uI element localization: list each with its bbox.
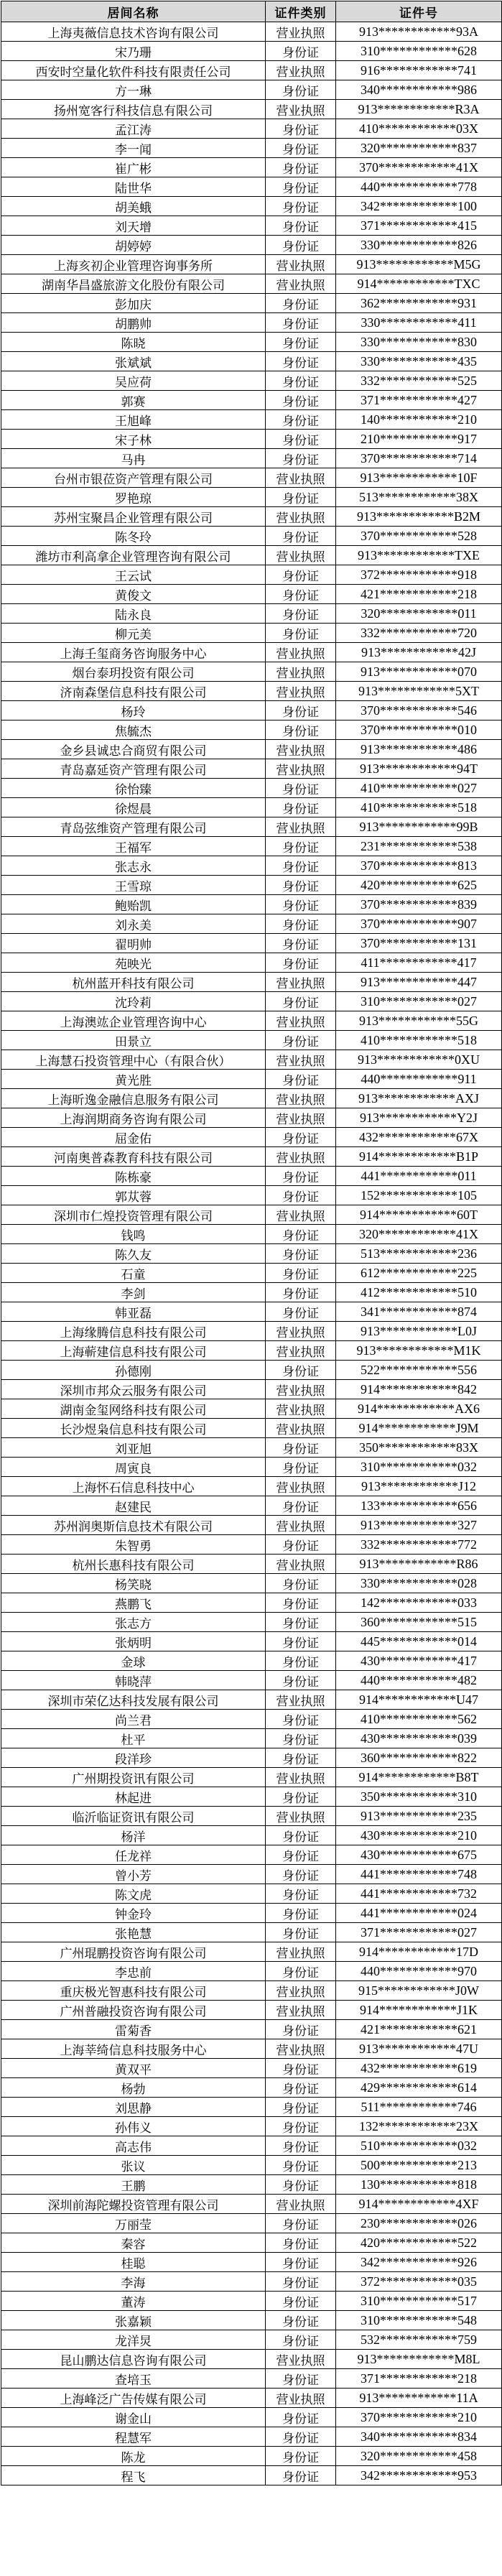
- table-row: 张议身份证500************213: [1, 2156, 502, 2175]
- certificate-number-cell: 913************486: [336, 740, 502, 759]
- intermediary-name-cell: 雷菊香: [1, 2020, 266, 2039]
- intermediary-name-cell: 田景立: [1, 1031, 266, 1050]
- certificate-number-cell: 370************010: [336, 721, 502, 740]
- certificate-type-cell: 营业执照: [266, 274, 336, 294]
- certificate-type-cell: 身份证: [266, 2272, 336, 2292]
- certificate-number-cell: 913************47U: [336, 2039, 502, 2059]
- intermediary-name-cell: 湖南金玺网络科技有限公司: [1, 1399, 266, 1419]
- certificate-number-cell: 913************R3A: [336, 100, 502, 119]
- table-row: 胡婷婷身份证330************826: [1, 236, 502, 255]
- table-row: 杨勃身份证429************614: [1, 2078, 502, 2098]
- certificate-type-cell: 身份证: [266, 2136, 336, 2156]
- table-row: 青岛嘉延资产管理有限公司营业执照913************94T: [1, 759, 502, 779]
- table-header: 居间名称 证件类别 证件号: [1, 1, 502, 22]
- certificate-type-cell: 身份证: [266, 1361, 336, 1380]
- intermediary-name-cell: 深圳市仁煌投资管理有限公司: [1, 1205, 266, 1225]
- intermediary-name-cell: 方一琳: [1, 80, 266, 100]
- intermediary-name-cell: 郭苁蓉: [1, 1186, 266, 1205]
- intermediary-name-cell: 石童: [1, 1264, 266, 1283]
- certificate-type-cell: 身份证: [266, 1496, 336, 1516]
- certificate-number-cell: 330************411: [336, 313, 502, 333]
- table-row: 上海慧石投资管理中心（有限合伙）营业执照913************0XU: [1, 1050, 502, 1070]
- table-row: 王旭峰身份证140************210: [1, 410, 502, 430]
- certificate-type-cell: 身份证: [266, 371, 336, 391]
- certificate-type-cell: 身份证: [266, 1167, 336, 1186]
- intermediary-name-cell: 张志永: [1, 856, 266, 876]
- certificate-type-cell: 身份证: [266, 2427, 336, 2447]
- table-row: 柳元美身份证332************720: [1, 624, 502, 643]
- table-row: 张炳明身份证445************014: [1, 1632, 502, 1651]
- certificate-type-cell: 营业执照: [266, 2195, 336, 2214]
- certificate-number-cell: 914************TXC: [336, 274, 502, 294]
- intermediary-name-cell: 黄光胜: [1, 1070, 266, 1089]
- table-row: 陈文虎身份证441************732: [1, 1884, 502, 1904]
- certificate-type-cell: 身份证: [266, 1225, 336, 1244]
- table-row: 重庆极光智惠科技有限公司营业执照915************J0W: [1, 1981, 502, 2001]
- certificate-number-cell: 913************327: [336, 1516, 502, 1535]
- intermediary-name-cell: 胡美蛾: [1, 197, 266, 216]
- certificate-type-cell: 身份证: [266, 391, 336, 410]
- intermediary-name-cell: 张嘉颖: [1, 2311, 266, 2330]
- certificate-number-cell: 320************41X: [336, 1225, 502, 1244]
- intermediary-name-cell: 程飞: [1, 2466, 266, 2485]
- certificate-number-cell: 412************510: [336, 1283, 502, 1302]
- certificate-number-cell: 432************67X: [336, 1128, 502, 1147]
- intermediary-name-cell: 徐煜晨: [1, 798, 266, 817]
- certificate-type-cell: 身份证: [266, 1458, 336, 1477]
- intermediary-name-cell: 焦毓杰: [1, 721, 266, 740]
- table-row: 陈栋豪身份证441************011: [1, 1167, 502, 1186]
- table-row: 崔广彬身份证370************41X: [1, 158, 502, 177]
- certificate-number-cell: 370************131: [336, 934, 502, 953]
- certificate-type-cell: 营业执照: [266, 1205, 336, 1225]
- certificate-type-cell: 身份证: [266, 1535, 336, 1555]
- credentials-table: 居间名称 证件类别 证件号 上海夷薇信息技术咨询有限公司营业执照913*****…: [1, 1, 502, 2485]
- certificate-number-cell: 370************528: [336, 527, 502, 546]
- intermediary-name-cell: 宋子林: [1, 430, 266, 449]
- intermediary-name-cell: 王福军: [1, 837, 266, 856]
- certificate-number-cell: 410************562: [336, 1710, 502, 1729]
- certificate-number-cell: 913************M1K: [336, 1341, 502, 1361]
- certificate-type-cell: 身份证: [266, 565, 336, 585]
- table-row: 钱鸣身份证320************41X: [1, 1225, 502, 1244]
- table-row: 苏州宝聚昌企业管理有限公司营业执照913************B2M: [1, 507, 502, 527]
- intermediary-name-cell: 重庆极光智惠科技有限公司: [1, 1981, 266, 2001]
- table-row: 黄光胜身份证440************911: [1, 1070, 502, 1089]
- table-row: 上海润期商务咨询有限公司营业执照913************Y2J: [1, 1108, 502, 1128]
- certificate-type-cell: 身份证: [266, 604, 336, 624]
- table-row: 台州市银莅资产管理有限公司营业执照913************10F: [1, 468, 502, 488]
- certificate-type-cell: 身份证: [266, 177, 336, 197]
- intermediary-name-cell: 赵建民: [1, 1496, 266, 1516]
- certificate-type-cell: 身份证: [266, 1574, 336, 1593]
- table-row: 宋乃珊身份证310************628: [1, 42, 502, 61]
- intermediary-name-cell: 上海蕲建信息科技有限公司: [1, 1341, 266, 1361]
- intermediary-name-cell: 上海亥初企业管理咨询事务所: [1, 255, 266, 274]
- certificate-type-cell: 身份证: [266, 992, 336, 1011]
- certificate-number-cell: 420************522: [336, 2233, 502, 2253]
- table-row: 王雪琼身份证420************625: [1, 876, 502, 895]
- intermediary-name-cell: 上海夷薇信息技术咨询有限公司: [1, 22, 266, 42]
- intermediary-name-cell: 杨笑晓: [1, 1574, 266, 1593]
- certificate-number-cell: 410************518: [336, 798, 502, 817]
- certificate-number-cell: 440************970: [336, 1962, 502, 1981]
- intermediary-name-cell: 郭赛: [1, 391, 266, 410]
- certificate-number-cell: 330************435: [336, 352, 502, 371]
- certificate-type-cell: 身份证: [266, 2311, 336, 2330]
- certificate-type-cell: 身份证: [266, 914, 336, 934]
- certificate-number-cell: 511************746: [336, 2098, 502, 2117]
- intermediary-name-cell: 刘天增: [1, 216, 266, 236]
- table-row: 程飞身份证342************953: [1, 2466, 502, 2485]
- certificate-number-cell: 330************830: [336, 333, 502, 352]
- intermediary-name-cell: 屈金佑: [1, 1128, 266, 1147]
- certificate-number-cell: 440************778: [336, 177, 502, 197]
- certificate-type-cell: 营业执照: [266, 507, 336, 527]
- table-row: 扬州宽客行科技信息有限公司营业执照913************R3A: [1, 100, 502, 119]
- certificate-number-cell: 445************014: [336, 1632, 502, 1651]
- certificate-number-cell: 440************482: [336, 1671, 502, 1690]
- intermediary-name-cell: 潍坊市利高拿企业管理咨询有限公司: [1, 546, 266, 565]
- certificate-number-cell: 320************458: [336, 2447, 502, 2466]
- certificate-number-cell: 513************236: [336, 1244, 502, 1264]
- table-row: 郭赛身份证371************427: [1, 391, 502, 410]
- certificate-type-cell: 身份证: [266, 1904, 336, 1923]
- intermediary-name-cell: 上海慧石投资管理中心（有限合伙）: [1, 1050, 266, 1070]
- certificate-number-cell: 133************656: [336, 1496, 502, 1516]
- certificate-type-cell: 身份证: [266, 2059, 336, 2078]
- certificate-number-cell: 350************83X: [336, 1438, 502, 1458]
- intermediary-name-cell: 杨洋: [1, 1826, 266, 1845]
- certificate-number-cell: 370************210: [336, 2408, 502, 2427]
- table-row: 田景立身份证410************518: [1, 1031, 502, 1050]
- table-row: 燕鹏飞身份证142************033: [1, 1593, 502, 1613]
- intermediary-name-cell: 韩亚磊: [1, 1302, 266, 1322]
- certificate-number-cell: 914************J9M: [336, 1419, 502, 1438]
- certificate-number-cell: 140************210: [336, 410, 502, 430]
- table-row: 湖南金玺网络科技有限公司营业执照914************AX6: [1, 1399, 502, 1419]
- table-row: 雷菊香身份证421************621: [1, 2020, 502, 2039]
- certificate-type-cell: 营业执照: [266, 759, 336, 779]
- certificate-number-cell: 340************834: [336, 2427, 502, 2447]
- table-row: 陈久友身份证513************236: [1, 1244, 502, 1264]
- intermediary-name-cell: 钟金玲: [1, 1904, 266, 1923]
- certificate-number-cell: 441************748: [336, 1865, 502, 1884]
- certificate-number-cell: 310************517: [336, 2292, 502, 2311]
- certificate-type-cell: 身份证: [266, 2175, 336, 2195]
- table-row: 秦容身份证420************522: [1, 2233, 502, 2253]
- intermediary-name-cell: 王鹏: [1, 2175, 266, 2195]
- table-row: 深圳市仁煌投资管理有限公司营业执照914************60T: [1, 1205, 502, 1225]
- certificate-type-cell: 营业执照: [266, 22, 336, 42]
- intermediary-name-cell: 胡婷婷: [1, 236, 266, 255]
- table-row: 深圳市荣亿达科技发展有限公司营业执照914************U47: [1, 1690, 502, 1710]
- certificate-number-cell: 913************B2M: [336, 507, 502, 527]
- certificate-number-cell: 913************93A: [336, 22, 502, 42]
- certificate-number-cell: 210************917: [336, 430, 502, 449]
- certificate-number-cell: 371************427: [336, 391, 502, 410]
- intermediary-name-cell: 上海怀石信息科技中心: [1, 1477, 266, 1496]
- intermediary-name-cell: 罗艳琼: [1, 488, 266, 507]
- certificate-number-cell: 421************621: [336, 2020, 502, 2039]
- certificate-type-cell: 身份证: [266, 1826, 336, 1845]
- table-row: 张斌斌身份证330************435: [1, 352, 502, 371]
- certificate-number-cell: 500************213: [336, 2156, 502, 2175]
- certificate-type-cell: 身份证: [266, 1128, 336, 1147]
- certificate-number-cell: 342************953: [336, 2466, 502, 2485]
- intermediary-name-cell: 河南奥普森教育科技有限公司: [1, 1147, 266, 1167]
- intermediary-name-cell: 燕鹏飞: [1, 1593, 266, 1613]
- intermediary-name-cell: 周寅良: [1, 1458, 266, 1477]
- intermediary-name-cell: 陈栋豪: [1, 1167, 266, 1186]
- certificate-type-cell: 营业执照: [266, 100, 336, 119]
- table-row: 黄俊文身份证421************218: [1, 585, 502, 604]
- table-row: 周寅良身份证310************032: [1, 1458, 502, 1477]
- intermediary-name-cell: 李忠前: [1, 1962, 266, 1981]
- certificate-type-cell: 身份证: [266, 430, 336, 449]
- table-row: 杨洋身份证430************210: [1, 1826, 502, 1845]
- intermediary-name-cell: 湖南华昌盛旅游文化股份有限公司: [1, 274, 266, 294]
- intermediary-name-cell: 杜平: [1, 1729, 266, 1748]
- certificate-number-cell: 370************714: [336, 449, 502, 468]
- table-row: 金球身份证430************417: [1, 1651, 502, 1671]
- certificate-type-cell: 身份证: [266, 1244, 336, 1264]
- certificate-number-cell: 341************874: [336, 1302, 502, 1322]
- certificate-number-cell: 913************94T: [336, 759, 502, 779]
- certificate-type-cell: 身份证: [266, 216, 336, 236]
- intermediary-name-cell: 张艳慧: [1, 1923, 266, 1942]
- certificate-type-cell: 身份证: [266, 1729, 336, 1748]
- intermediary-name-cell: 苑映光: [1, 953, 266, 973]
- intermediary-name-cell: 王雪琼: [1, 876, 266, 895]
- table-row: 高志伟身份证510************032: [1, 2136, 502, 2156]
- intermediary-name-cell: 陈龙: [1, 2447, 266, 2466]
- certificate-number-cell: 410************518: [336, 1031, 502, 1050]
- intermediary-name-cell: 烟台泰玥投资有限公司: [1, 662, 266, 682]
- certificate-type-cell: 营业执照: [266, 2389, 336, 2408]
- certificate-type-cell: 身份证: [266, 333, 336, 352]
- certificate-number-cell: 913************447: [336, 973, 502, 992]
- certificate-number-cell: 914************AX6: [336, 1399, 502, 1419]
- intermediary-name-cell: 孙伟义: [1, 2117, 266, 2136]
- intermediary-name-cell: 杭州长惠科技有限公司: [1, 1555, 266, 1574]
- certificate-number-cell: 371************027: [336, 1923, 502, 1942]
- certificate-number-cell: 913************55G: [336, 1011, 502, 1031]
- intermediary-name-cell: 陈文虎: [1, 1884, 266, 1904]
- intermediary-name-cell: 陆永良: [1, 604, 266, 624]
- certificate-type-cell: 身份证: [266, 721, 336, 740]
- certificate-type-cell: 营业执照: [266, 682, 336, 701]
- certificate-number-cell: 332************772: [336, 1535, 502, 1555]
- intermediary-name-cell: 陈久友: [1, 1244, 266, 1264]
- intermediary-name-cell: 董涛: [1, 2292, 266, 2311]
- table-row: 张志方身份证360************515: [1, 1613, 502, 1632]
- certificate-type-cell: 营业执照: [266, 255, 336, 274]
- table-row: 上海莘绮信息科技服务中心营业执照913************47U: [1, 2039, 502, 2059]
- table-row: 杜平身份证430************039: [1, 1729, 502, 1748]
- certificate-type-cell: 身份证: [266, 876, 336, 895]
- certificate-type-cell: 身份证: [266, 1671, 336, 1690]
- intermediary-name-cell: 临沂临证资讯有限公司: [1, 1807, 266, 1826]
- intermediary-name-cell: 韩晓萍: [1, 1671, 266, 1690]
- table-row: 王福军身份证231************538: [1, 837, 502, 856]
- intermediary-name-cell: 宋乃珊: [1, 42, 266, 61]
- table-row: 孙德刚身份证522************556: [1, 1361, 502, 1380]
- intermediary-name-cell: 王旭峰: [1, 410, 266, 430]
- certificate-number-cell: 914************B1P: [336, 1147, 502, 1167]
- certificate-type-cell: 身份证: [266, 2156, 336, 2175]
- table-row: 彭加庆身份证362************931: [1, 294, 502, 313]
- certificate-number-cell: 320************837: [336, 139, 502, 158]
- certificate-type-cell: 营业执照: [266, 1341, 336, 1361]
- certificate-type-cell: 身份证: [266, 701, 336, 721]
- table-row: 广州琨鹏投资咨询有限公司营业执照914************17D: [1, 1942, 502, 1962]
- certificate-type-cell: 身份证: [266, 527, 336, 546]
- certificate-number-cell: 612************225: [336, 1264, 502, 1283]
- table-row: 烟台泰玥投资有限公司营业执照913************070: [1, 662, 502, 682]
- certificate-type-cell: 身份证: [266, 837, 336, 856]
- certificate-type-cell: 身份证: [266, 779, 336, 798]
- table-row: 王云试身份证372************918: [1, 565, 502, 585]
- table-row: 杨玲身份证370************546: [1, 701, 502, 721]
- intermediary-name-cell: 孟江涛: [1, 119, 266, 139]
- table-row: 石童身份证612************225: [1, 1264, 502, 1283]
- intermediary-name-cell: 深圳前海陀螺投资管理有限公司: [1, 2195, 266, 2214]
- certificate-number-cell: 330************826: [336, 236, 502, 255]
- table-row: 青岛弦维资产管理有限公司营业执照913************99B: [1, 817, 502, 837]
- certificate-type-cell: 身份证: [266, 236, 336, 255]
- certificate-number-cell: 362************931: [336, 294, 502, 313]
- table-row: 徐怡臻身份证410************027: [1, 779, 502, 798]
- certificate-type-cell: 身份证: [266, 2078, 336, 2098]
- certificate-number-cell: 441************024: [336, 1904, 502, 1923]
- certificate-type-cell: 身份证: [266, 1070, 336, 1089]
- certificate-number-cell: 510************032: [336, 2136, 502, 2156]
- certificate-type-cell: 身份证: [266, 1651, 336, 1671]
- certificate-number-cell: 914************B8T: [336, 1768, 502, 1787]
- intermediary-name-cell: 上海润期商务咨询有限公司: [1, 1108, 266, 1128]
- table-row: 罗艳琼身份证513************38X: [1, 488, 502, 507]
- intermediary-name-cell: 胡鹏帅: [1, 313, 266, 333]
- certificate-type-cell: 身份证: [266, 1923, 336, 1942]
- intermediary-name-cell: 张斌斌: [1, 352, 266, 371]
- header-certificate-type: 证件类别: [266, 1, 336, 22]
- certificate-number-cell: 430************675: [336, 1845, 502, 1865]
- intermediary-name-cell: 李剑: [1, 1283, 266, 1302]
- certificate-number-cell: 432************619: [336, 2059, 502, 2078]
- certificate-number-cell: 310************548: [336, 2311, 502, 2330]
- certificate-number-cell: 320************011: [336, 604, 502, 624]
- intermediary-name-cell: 朱智勇: [1, 1535, 266, 1555]
- certificate-type-cell: 身份证: [266, 2369, 336, 2389]
- intermediary-name-cell: 张志方: [1, 1613, 266, 1632]
- table-row: 李一闻身份证320************837: [1, 139, 502, 158]
- table-row: 济南森堡信息科技有限公司营业执照913************5XT: [1, 682, 502, 701]
- table-row: 长沙煜枭信息科技有限公司营业执照914************J9M: [1, 1419, 502, 1438]
- certificate-type-cell: 身份证: [266, 410, 336, 430]
- table-row: 黄双平身份证432************619: [1, 2059, 502, 2078]
- certificate-type-cell: 身份证: [266, 294, 336, 313]
- table-row: 曾小芳身份证441************748: [1, 1865, 502, 1884]
- intermediary-name-cell: 台州市银莅资产管理有限公司: [1, 468, 266, 488]
- certificate-number-cell: 421************218: [336, 585, 502, 604]
- certificate-type-cell: 身份证: [266, 2020, 336, 2039]
- certificate-number-cell: 230************026: [336, 2214, 502, 2233]
- intermediary-name-cell: 上海壬玺商务咨询服务中心: [1, 643, 266, 662]
- certificate-type-cell: 营业执照: [266, 2039, 336, 2059]
- certificate-number-cell: 440************911: [336, 1070, 502, 1089]
- certificate-number-cell: 522************556: [336, 1361, 502, 1380]
- table-row: 韩亚磊身份证341************874: [1, 1302, 502, 1322]
- certificate-type-cell: 身份证: [266, 1593, 336, 1613]
- intermediary-name-cell: 崔广彬: [1, 158, 266, 177]
- certificate-type-cell: 身份证: [266, 1264, 336, 1283]
- certificate-type-cell: 营业执照: [266, 740, 336, 759]
- table-row: 李剑身份证412************510: [1, 1283, 502, 1302]
- table-row: 孙伟义身份证132************23X: [1, 2117, 502, 2136]
- table-row: 张志永身份证370************813: [1, 856, 502, 876]
- intermediary-name-cell: 鲍贻凯: [1, 895, 266, 914]
- table-body: 上海夷薇信息技术咨询有限公司营业执照913************93A宋乃珊身…: [1, 22, 502, 2485]
- certificate-number-cell: 914************J1K: [336, 2001, 502, 2020]
- certificate-number-cell: 132************23X: [336, 2117, 502, 2136]
- certificate-number-cell: 411************417: [336, 953, 502, 973]
- certificate-number-cell: 916************741: [336, 61, 502, 80]
- certificate-type-cell: 身份证: [266, 119, 336, 139]
- certificate-type-cell: 身份证: [266, 352, 336, 371]
- certificate-number-cell: 913************M8L: [336, 2350, 502, 2369]
- intermediary-name-cell: 柳元美: [1, 624, 266, 643]
- certificate-number-cell: 913************R86: [336, 1555, 502, 1574]
- intermediary-name-cell: 上海莘绮信息科技服务中心: [1, 2039, 266, 2059]
- table-row: 龙洋炅身份证532************759: [1, 2330, 502, 2350]
- certificate-number-cell: 371************218: [336, 2369, 502, 2389]
- table-row: 陈冬玲身份证370************528: [1, 527, 502, 546]
- certificate-type-cell: 身份证: [266, 1632, 336, 1651]
- certificate-number-cell: 913************5XT: [336, 682, 502, 701]
- certificate-type-cell: 营业执照: [266, 1147, 336, 1167]
- table-row: 王鹏身份证130************818: [1, 2175, 502, 2195]
- table-row: 李海身份证372************035: [1, 2272, 502, 2292]
- intermediary-name-cell: 上海缘腾信息科技有限公司: [1, 1322, 266, 1341]
- table-row: 河南奥普森教育科技有限公司营业执照914************B1P: [1, 1147, 502, 1167]
- intermediary-name-cell: 陆世华: [1, 177, 266, 197]
- certificate-number-cell: 913************070: [336, 662, 502, 682]
- certificate-type-cell: 身份证: [266, 934, 336, 953]
- table-row: 方一琳身份证340************986: [1, 80, 502, 100]
- certificate-type-cell: 营业执照: [266, 1380, 336, 1399]
- certificate-type-cell: 身份证: [266, 2233, 336, 2253]
- intermediary-name-cell: 广州琨鹏投资咨询有限公司: [1, 1942, 266, 1962]
- intermediary-name-cell: 刘永美: [1, 914, 266, 934]
- certificate-type-cell: 身份证: [266, 449, 336, 468]
- certificate-number-cell: 420************625: [336, 876, 502, 895]
- table-row: 陆世华身份证440************778: [1, 177, 502, 197]
- certificate-type-cell: 营业执照: [266, 1399, 336, 1419]
- certificate-number-cell: 913************AXJ: [336, 1089, 502, 1108]
- table-row: 翟明帅身份证370************131: [1, 934, 502, 953]
- intermediary-name-cell: 高志伟: [1, 2136, 266, 2156]
- certificate-type-cell: 营业执照: [266, 1690, 336, 1710]
- intermediary-name-cell: 深圳市邦众云服务有限公司: [1, 1380, 266, 1399]
- certificate-number-cell: 370************546: [336, 701, 502, 721]
- certificate-type-cell: 身份证: [266, 1710, 336, 1729]
- certificate-type-cell: 身份证: [266, 895, 336, 914]
- certificate-number-cell: 152************105: [336, 1186, 502, 1205]
- certificate-number-cell: 372************035: [336, 2272, 502, 2292]
- certificate-number-cell: 913************TXE: [336, 546, 502, 565]
- table-row: 朱智勇身份证332************772: [1, 1535, 502, 1555]
